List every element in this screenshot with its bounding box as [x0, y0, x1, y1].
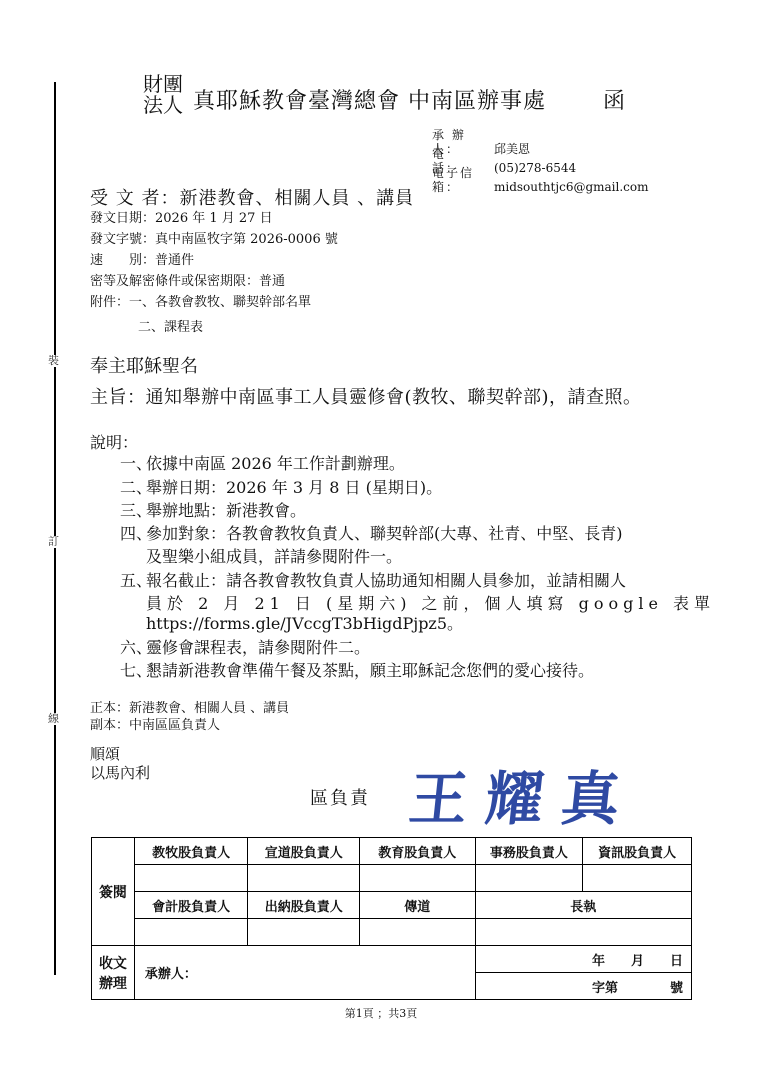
attachment-1: 一、各教會教牧、聯契幹部名單 — [129, 295, 311, 310]
review-header-5: 資訊股負責人 — [583, 838, 692, 865]
desc-item-7: 七、懇請新港教會準備午餐及茶點，願主耶穌記念您們的愛心接待。 — [120, 661, 594, 681]
binding-mark-zhuang: 裝 — [48, 355, 59, 367]
copy-recipients: 副本：中南區區負責人 — [90, 714, 220, 733]
date-value: 2026 年 1 月 27 日 — [155, 211, 273, 226]
doc-type: 函 — [603, 84, 625, 115]
review-sign-cell[interactable] — [360, 865, 476, 892]
org-prefix-line2: 法人 — [143, 95, 183, 116]
signer-title: 區負責 — [310, 784, 370, 810]
desc-item-4: 四、參加對象：各教會教牧負責人、聯契幹部(大專、社青、中堅、長青) — [120, 524, 623, 544]
review-header-2: 宣道股負責人 — [248, 838, 360, 865]
contact-email: 電子信箱：midsouthtjc6@gmail.com — [432, 166, 649, 194]
review-sign-cell[interactable] — [475, 919, 691, 946]
date-label: 發文日期： — [90, 211, 155, 226]
review-label: 簽閱 — [92, 838, 135, 946]
attachment-label: 附件： — [90, 295, 129, 310]
review-header-4: 事務股負責人 — [475, 838, 583, 865]
description-label: 說明： — [90, 430, 138, 453]
desc-item-3: 三、舉辦地點：新港教會。 — [120, 501, 306, 521]
review-sign-cell[interactable] — [360, 919, 476, 946]
org-name: 真耶穌教會臺灣總會 中南區辦事處 — [193, 84, 546, 115]
receipt-number[interactable]: 字第 號 — [475, 973, 691, 1000]
secrecy-value: 普通 — [259, 274, 285, 289]
closing-line1: 順頌 — [90, 743, 120, 764]
desc-item-5: 五、報名截止：請各教會教牧負責人協助通知相關人員參加，並請相關人 — [120, 571, 626, 591]
review-header-1: 教牧股負責人 — [134, 838, 248, 865]
review-sign-cell[interactable] — [475, 865, 583, 892]
recipient-line: 受 文 者：新港教會、相關人員 、講員 — [90, 184, 414, 210]
review-header-8: 傳道 — [360, 892, 476, 919]
secrecy-line: 密等及解密條件或保密期限：普通 — [90, 274, 285, 289]
salutation: 奉主耶穌聖名 — [90, 352, 198, 378]
speed-line: 速 別：普通件 — [90, 253, 194, 268]
receipt-label: 收文 辦理 — [92, 946, 135, 1000]
registration-link[interactable]: https://forms.gle/JVccgT3bHigdPjpz5。 — [146, 614, 463, 634]
org-prefix: 財團 法人 — [143, 74, 183, 116]
desc-item-5-cont: 員於 2 月 21 日 (星期六) 之前，個人填寫 google 表單 — [146, 594, 715, 614]
review-table: 簽閱 教牧股負責人 宣道股負責人 教育股負責人 事務股負責人 資訊股負責人 會計… — [91, 837, 692, 1000]
closing-line2: 以馬內利 — [90, 762, 150, 783]
secrecy-label: 密等及解密條件或保密期限： — [90, 274, 259, 289]
org-prefix-line1: 財團 — [143, 74, 183, 95]
binding-mark-ding: 訂 — [48, 536, 59, 548]
ref-label: 發文字號： — [90, 232, 155, 247]
desc-item-2: 二、舉辦日期：2026 年 3 月 8 日 (星期日)。 — [120, 478, 442, 498]
binding-mark-xian: 線 — [48, 713, 59, 725]
binding-margin-line — [54, 82, 56, 975]
review-sign-cell[interactable] — [248, 919, 360, 946]
email-label: 電子信箱： — [432, 166, 494, 194]
recipient-label: 受 文 者： — [90, 188, 179, 209]
date-line: 發文日期：2026 年 1 月 27 日 — [90, 211, 273, 226]
page-number: 第1頁 ；共3頁 — [0, 1005, 762, 1021]
review-sign-cell[interactable] — [248, 865, 360, 892]
recipient-value: 新港教會、相關人員 、講員 — [179, 188, 414, 209]
review-header-9: 長執 — [475, 892, 691, 919]
subject: 主旨：通知舉辦中南區事工人員靈修會(教牧、聯契幹部)，請查照。 — [90, 383, 642, 409]
review-sign-cell[interactable] — [583, 865, 692, 892]
review-header-3: 教育股負責人 — [360, 838, 476, 865]
attachment-2: 二、課程表 — [138, 316, 203, 335]
desc-item-6: 六、靈修會課程表，請參閱附件二。 — [120, 638, 370, 658]
speed-value: 普通件 — [155, 253, 194, 268]
desc-item-1: 一、依據中南區 2026 年工作計劃辦理。 — [120, 454, 405, 474]
ref-line: 發文字號：真中南區牧字第 2026-0006 號 — [90, 232, 338, 247]
email-value: midsouthtjc6@gmail.com — [494, 180, 649, 194]
review-header-6: 會計股負責人 — [134, 892, 248, 919]
receipt-handler[interactable]: 承辦人： — [134, 946, 475, 1000]
review-sign-cell[interactable] — [134, 865, 248, 892]
ref-value: 真中南區牧字第 2026-0006 號 — [155, 232, 338, 247]
attachment-line: 附件：一、各教會教牧、聯契幹部名單 — [90, 295, 311, 310]
signature: 王耀真 — [406, 752, 643, 836]
review-sign-cell[interactable] — [134, 919, 248, 946]
receipt-date[interactable]: 年 月 日 — [475, 946, 691, 973]
speed-label: 速 別： — [90, 253, 155, 268]
desc-item-4-cont: 及聖樂小組成員，詳請參閱附件一。 — [146, 547, 402, 567]
review-header-7: 出納股負責人 — [248, 892, 360, 919]
